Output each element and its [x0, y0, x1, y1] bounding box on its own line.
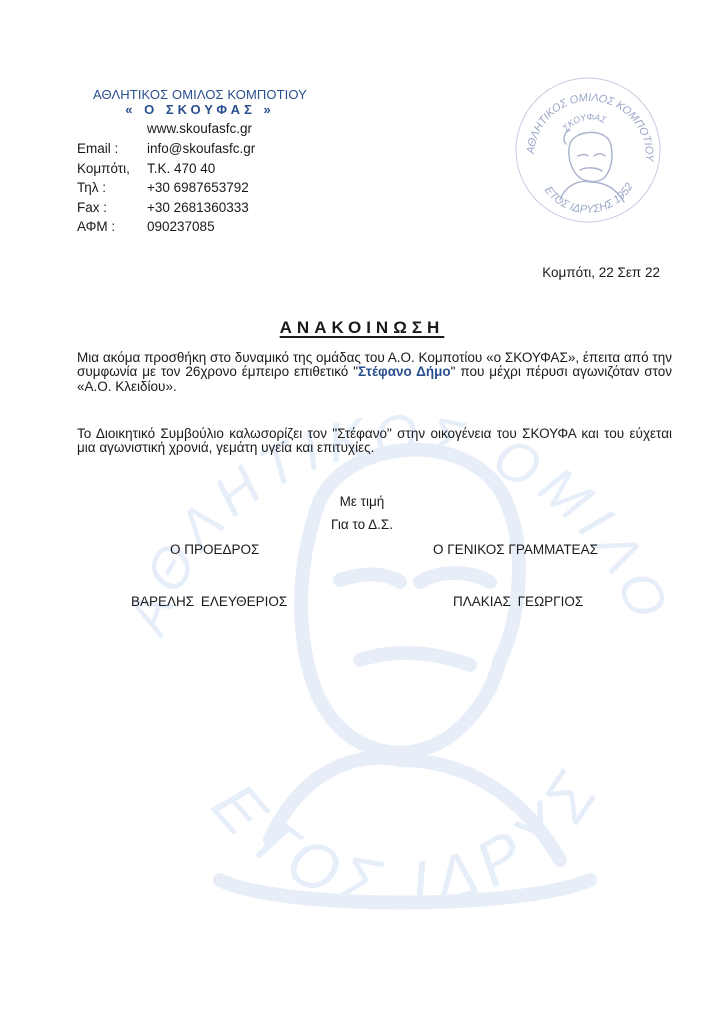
club-seal-icon: ΑΘΛΗΤΙΚΟΣ ΟΜΙΛΟΣ ΚΟΜΠΟΤΙΟΥ ΣΚΟΥΦΑΣ ΕΤΟΣ … [512, 74, 664, 226]
svg-text:ΣΚΟΥΦΑΣ: ΣΚΟΥΦΑΣ [560, 112, 608, 134]
president-title: Ο ΠΡΟΕΔΡΟΣ [170, 542, 259, 557]
document-date: Κομπότι, 22 Σεπ 22 [542, 265, 660, 280]
organization-name: ΑΘΛΗΤΙΚΟΣ ΟΜΙΛΟΣ ΚΟΜΠΟΤΙΟΥ [80, 87, 320, 102]
contact-row-address: Κομπότι, Τ.Κ. 470 40 [77, 161, 255, 181]
organization-brand: « Ο ΣΚΟΥΦΑΣ » [80, 102, 320, 117]
website-link[interactable]: www.skoufasfc.gr [147, 121, 252, 136]
contact-info: Email : info@skoufasfc.gr Κομπότι, Τ.Κ. … [77, 141, 255, 239]
announcement-page: ΑΘΛΗΤΙΚΟΣ ΟΜΙΛΟΣ ΚΟΜΠΟΤΙΟΥ ΕΤΟΣ ΙΔΡΥΣΗΣ … [0, 0, 724, 1024]
contact-label: Κομπότι, [77, 161, 147, 181]
email-link[interactable]: info@skoufasfc.gr [147, 141, 255, 161]
closing-board: Για το Δ.Σ. [0, 517, 724, 532]
contact-row-phone: Τηλ : +30 6987653792 [77, 180, 255, 200]
svg-text:ΑΘΛΗΤΙΚΟΣ ΟΜΙΛΟΣ ΚΟΜΠΟΤΙΟΥ: ΑΘΛΗΤΙΚΟΣ ΟΜΙΛΟΣ ΚΟΜΠΟΤΙΟΥ [525, 92, 655, 163]
contact-value: +30 6987653792 [147, 180, 249, 200]
player-name: Στέφανο Δήμο [358, 364, 451, 379]
svg-text:ΕΤΟΣ ΙΔΡΥΣΗΣ 1952: ΕΤΟΣ ΙΔΡΥΣΗΣ 1952 [542, 181, 636, 216]
contact-label: Email : [77, 141, 147, 161]
contact-row-fax: Fax : +30 2681360333 [77, 200, 255, 220]
page-title: ΑΝΑΚΟΙΝΩΣΗ [0, 318, 724, 338]
secretary-name: ΠΛΑΚΙΑΣ ΓΕΩΡΓΙΟΣ [453, 594, 583, 609]
contact-label: Fax : [77, 200, 147, 220]
contact-row-email: Email : info@skoufasfc.gr [77, 141, 255, 161]
contact-row-tax-id: ΑΦΜ : 090237085 [77, 219, 255, 239]
body-paragraph-2: Το Διοικητικό Συμβούλιο καλωσορίζει τον … [77, 427, 672, 456]
watermark-seal-icon: ΑΘΛΗΤΙΚΟΣ ΟΜΙΛΟΣ ΚΟΜΠΟΤΙΟΥ ΕΤΟΣ ΙΔΡΥΣΗΣ … [95, 320, 705, 940]
contact-label: ΑΦΜ : [77, 219, 147, 239]
president-name: ΒΑΡΕΛΗΣ ΕΛΕΥΘΕΡΙΟΣ [131, 594, 287, 609]
contact-value: +30 2681360333 [147, 200, 249, 220]
contact-value: Τ.Κ. 470 40 [147, 161, 215, 181]
closing-regards: Με τιμή [0, 494, 724, 509]
body-paragraph-1: Μια ακόμα προσθήκη στο δυναμικό της ομάδ… [77, 351, 672, 394]
contact-value: 090237085 [147, 219, 215, 239]
secretary-title: Ο ΓΕΝΙΚΟΣ ΓΡΑΜΜΑΤΕΑΣ [433, 542, 598, 557]
contact-label: Τηλ : [77, 180, 147, 200]
